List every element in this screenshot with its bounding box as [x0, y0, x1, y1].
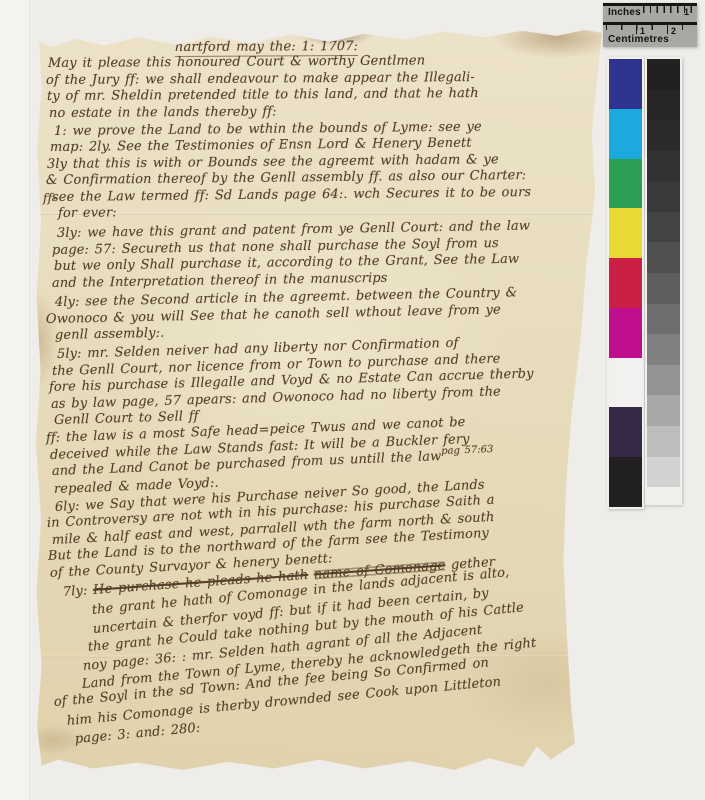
cm-ticks: [606, 25, 694, 30]
gray-step: [647, 304, 680, 335]
color-patch-cyan: [609, 109, 642, 159]
color-patch-black: [609, 457, 642, 507]
margin-mark: ff-: [43, 190, 56, 207]
gray-step: [647, 395, 680, 426]
gray-step: [647, 426, 680, 457]
color-patch-magenta: [609, 308, 642, 358]
inch-number: 1: [684, 7, 689, 17]
gray-step: [647, 457, 680, 488]
gray-step: [647, 242, 680, 273]
cm-number-2: 2: [671, 26, 676, 36]
color-patch-dark-purple: [609, 407, 642, 457]
grayscale-wedge: [645, 57, 682, 505]
manuscript-page: hartford may the: 1: 1707: May it please…: [36, 30, 602, 770]
color-patch-white: [609, 358, 642, 408]
color-patch-green: [609, 159, 642, 209]
cm-tick-2: [667, 25, 668, 34]
gray-step: [647, 90, 680, 121]
archival-photo: hartford may the: 1: 1707: May it please…: [0, 0, 705, 800]
ruler-card: Inches 1 1 2 Centimetres: [603, 3, 697, 47]
centimetres-label: Centimetres: [608, 34, 669, 45]
gray-step: [647, 334, 680, 365]
color-calibration-strip: [607, 57, 644, 509]
manuscript-text: hartford may the: 1: 1707: May it please…: [46, 40, 588, 749]
cm-tick-1: [636, 25, 637, 34]
inline-insertion: pag 57:63: [441, 444, 494, 457]
gray-step: [647, 212, 680, 243]
color-patch-red: [609, 258, 642, 308]
color-patch-dark-blue: [609, 59, 642, 109]
gray-step: [647, 151, 680, 182]
gray-step: [647, 273, 680, 304]
gray-step: [647, 59, 680, 90]
color-patch-yellow: [609, 208, 642, 258]
inches-label: Inches: [608, 7, 641, 18]
gray-step: [647, 120, 680, 151]
backdrop-seam: [0, 0, 30, 800]
gray-step: [647, 181, 680, 212]
gray-step: [647, 365, 680, 396]
